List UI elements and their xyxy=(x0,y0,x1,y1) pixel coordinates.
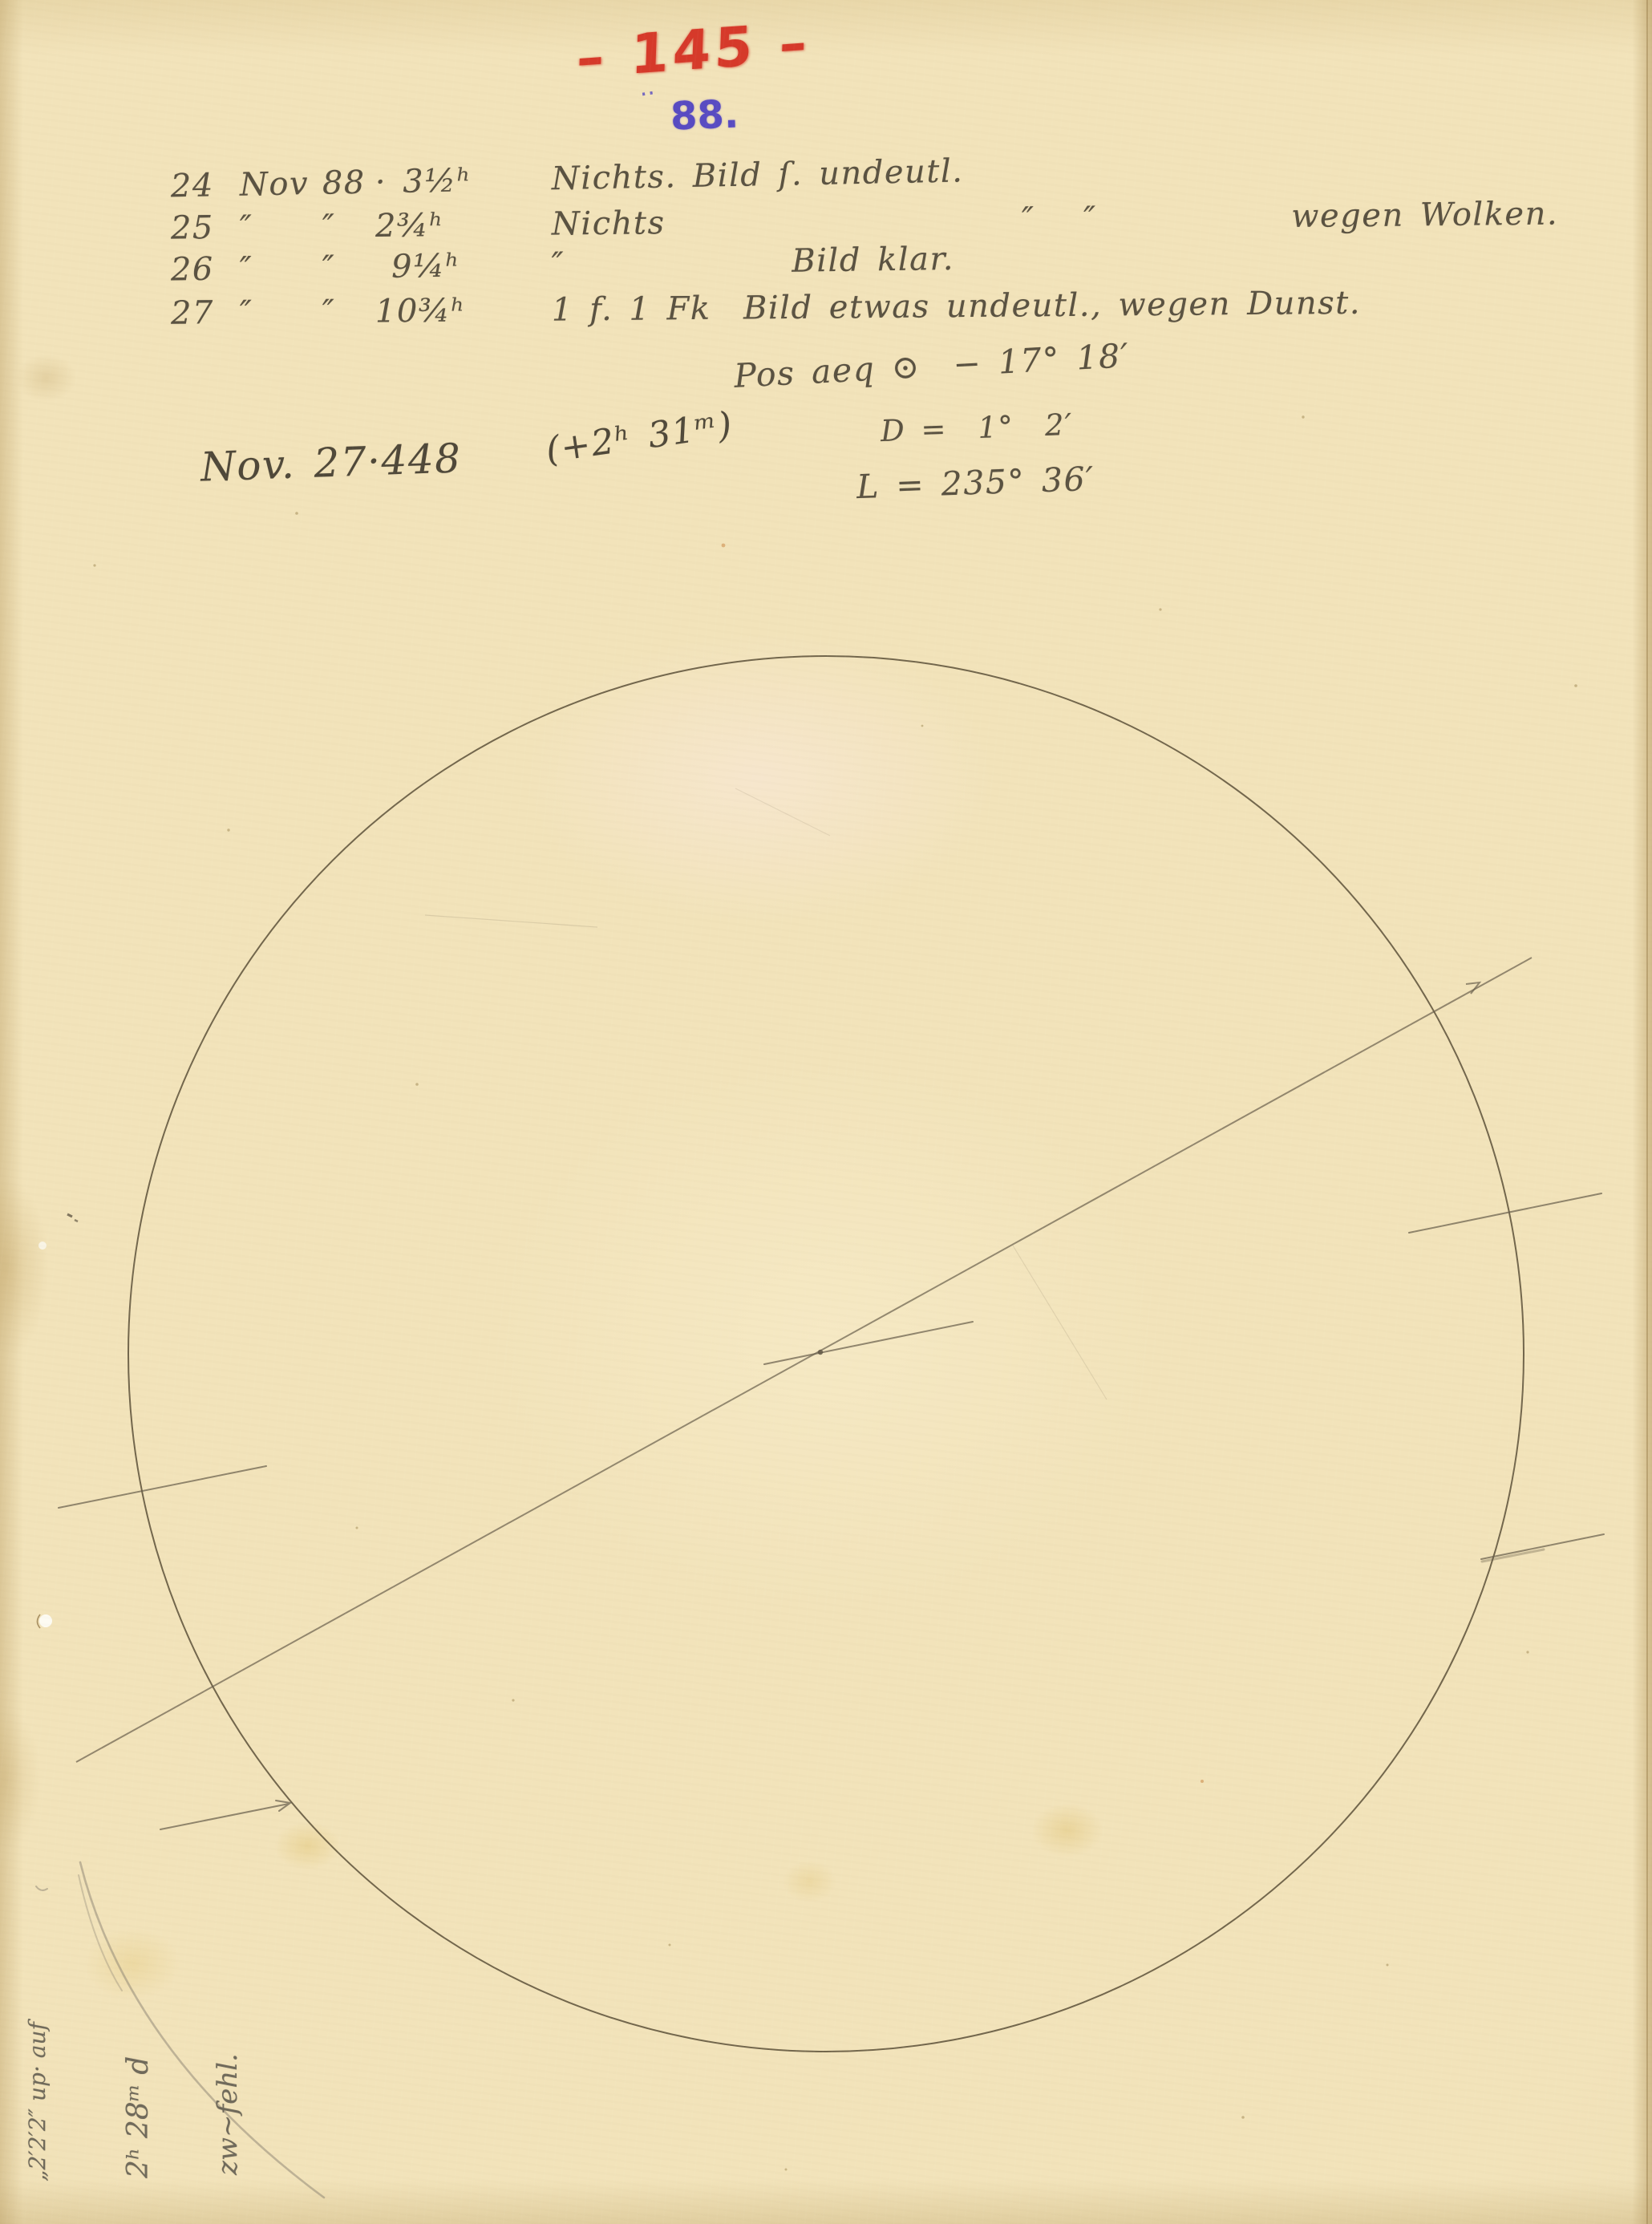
speck xyxy=(415,1083,419,1086)
speck xyxy=(785,2169,788,2171)
speck xyxy=(356,1527,358,1529)
speck xyxy=(722,544,726,548)
log-observation: ″ Bild klar. xyxy=(552,241,955,283)
paper-specks xyxy=(93,304,1577,2171)
declination-line: D = 1° 2′ xyxy=(880,407,1073,448)
paper-chip-2 xyxy=(38,1242,47,1250)
scratch-2 xyxy=(735,788,830,836)
transit-diagonal-line xyxy=(76,958,1532,1762)
position-ticks xyxy=(59,1193,1604,1829)
log-year: ″ xyxy=(322,249,336,286)
speck xyxy=(93,564,95,566)
log-time: 9¼ʰ xyxy=(375,247,461,285)
speck xyxy=(1201,1780,1204,1783)
log-month: Nov xyxy=(239,165,309,204)
log-day: 26 xyxy=(171,251,215,289)
corner-scribble-arc xyxy=(80,1862,324,2198)
solar-disk-circle xyxy=(128,656,1524,2052)
speck xyxy=(295,512,298,515)
log-time: 2¾ʰ xyxy=(375,207,445,245)
log-day: 24 xyxy=(170,167,214,205)
page-edge xyxy=(1646,0,1648,2224)
speck xyxy=(1526,1651,1529,1653)
scratch-1 xyxy=(425,915,597,927)
log-month: ″ xyxy=(240,250,253,287)
tick-arrow-left xyxy=(160,1804,289,1829)
log-time: · 3½ʰ xyxy=(375,162,472,201)
paper-chip-1 xyxy=(39,1614,52,1627)
tick-left xyxy=(59,1466,266,1508)
speck xyxy=(512,1699,514,1701)
margin-note-rotated: 2ʰ 28ᵐ d xyxy=(122,1954,155,2178)
speck xyxy=(669,1944,671,1947)
notebook-page: – 145 – ·· 88. 24 Nov 88 · 3½ʰ Nichts. B… xyxy=(0,0,1652,2224)
speck xyxy=(1302,415,1304,418)
margin-note-rotated: zw~fehl. xyxy=(212,1967,244,2175)
log-month: ″ xyxy=(240,294,253,331)
corner-scribbles xyxy=(36,1862,324,2198)
corner-scribble-arc-2 xyxy=(79,1875,122,1991)
edge-speck-2 xyxy=(75,1220,78,1221)
margin-note-rotated: „2′2′2″ up· auf xyxy=(24,1885,51,2181)
tick-right-lower-double xyxy=(1482,1550,1544,1562)
log-day: 27 xyxy=(171,294,214,331)
log-time: 10¾ʰ xyxy=(375,293,466,330)
log-year: ″ xyxy=(322,294,336,330)
tick-right-upper xyxy=(1409,1193,1601,1233)
log-day: 25 xyxy=(171,209,214,247)
speck xyxy=(227,828,229,831)
edge-speck-1 xyxy=(67,1214,72,1217)
speck xyxy=(1159,608,1161,610)
log-observation: Nichts. Bild ſ. undeutl. xyxy=(551,152,963,197)
observation-log: 24 Nov 88 · 3½ʰ Nichts. Bild ſ. undeutl.… xyxy=(0,0,1652,221)
speck xyxy=(1241,2116,1245,2119)
log-month: ″ xyxy=(240,209,253,246)
log-year: ″ xyxy=(322,209,336,245)
julian-date: Nov. 27·448 xyxy=(200,435,462,490)
center-mark-dot xyxy=(818,1350,823,1355)
scratch-3 xyxy=(1013,1246,1107,1400)
speck xyxy=(921,725,924,727)
log-observation: 1 f. 1 Fk Bild etwas undeutl., wegen Dun… xyxy=(552,285,1361,329)
log-year: 88 xyxy=(322,164,366,202)
speck xyxy=(1574,684,1577,687)
speck xyxy=(1387,1964,1389,1967)
paper-chips xyxy=(38,1214,79,1628)
tick-center xyxy=(764,1322,973,1364)
paper-scratches xyxy=(425,788,1107,1400)
